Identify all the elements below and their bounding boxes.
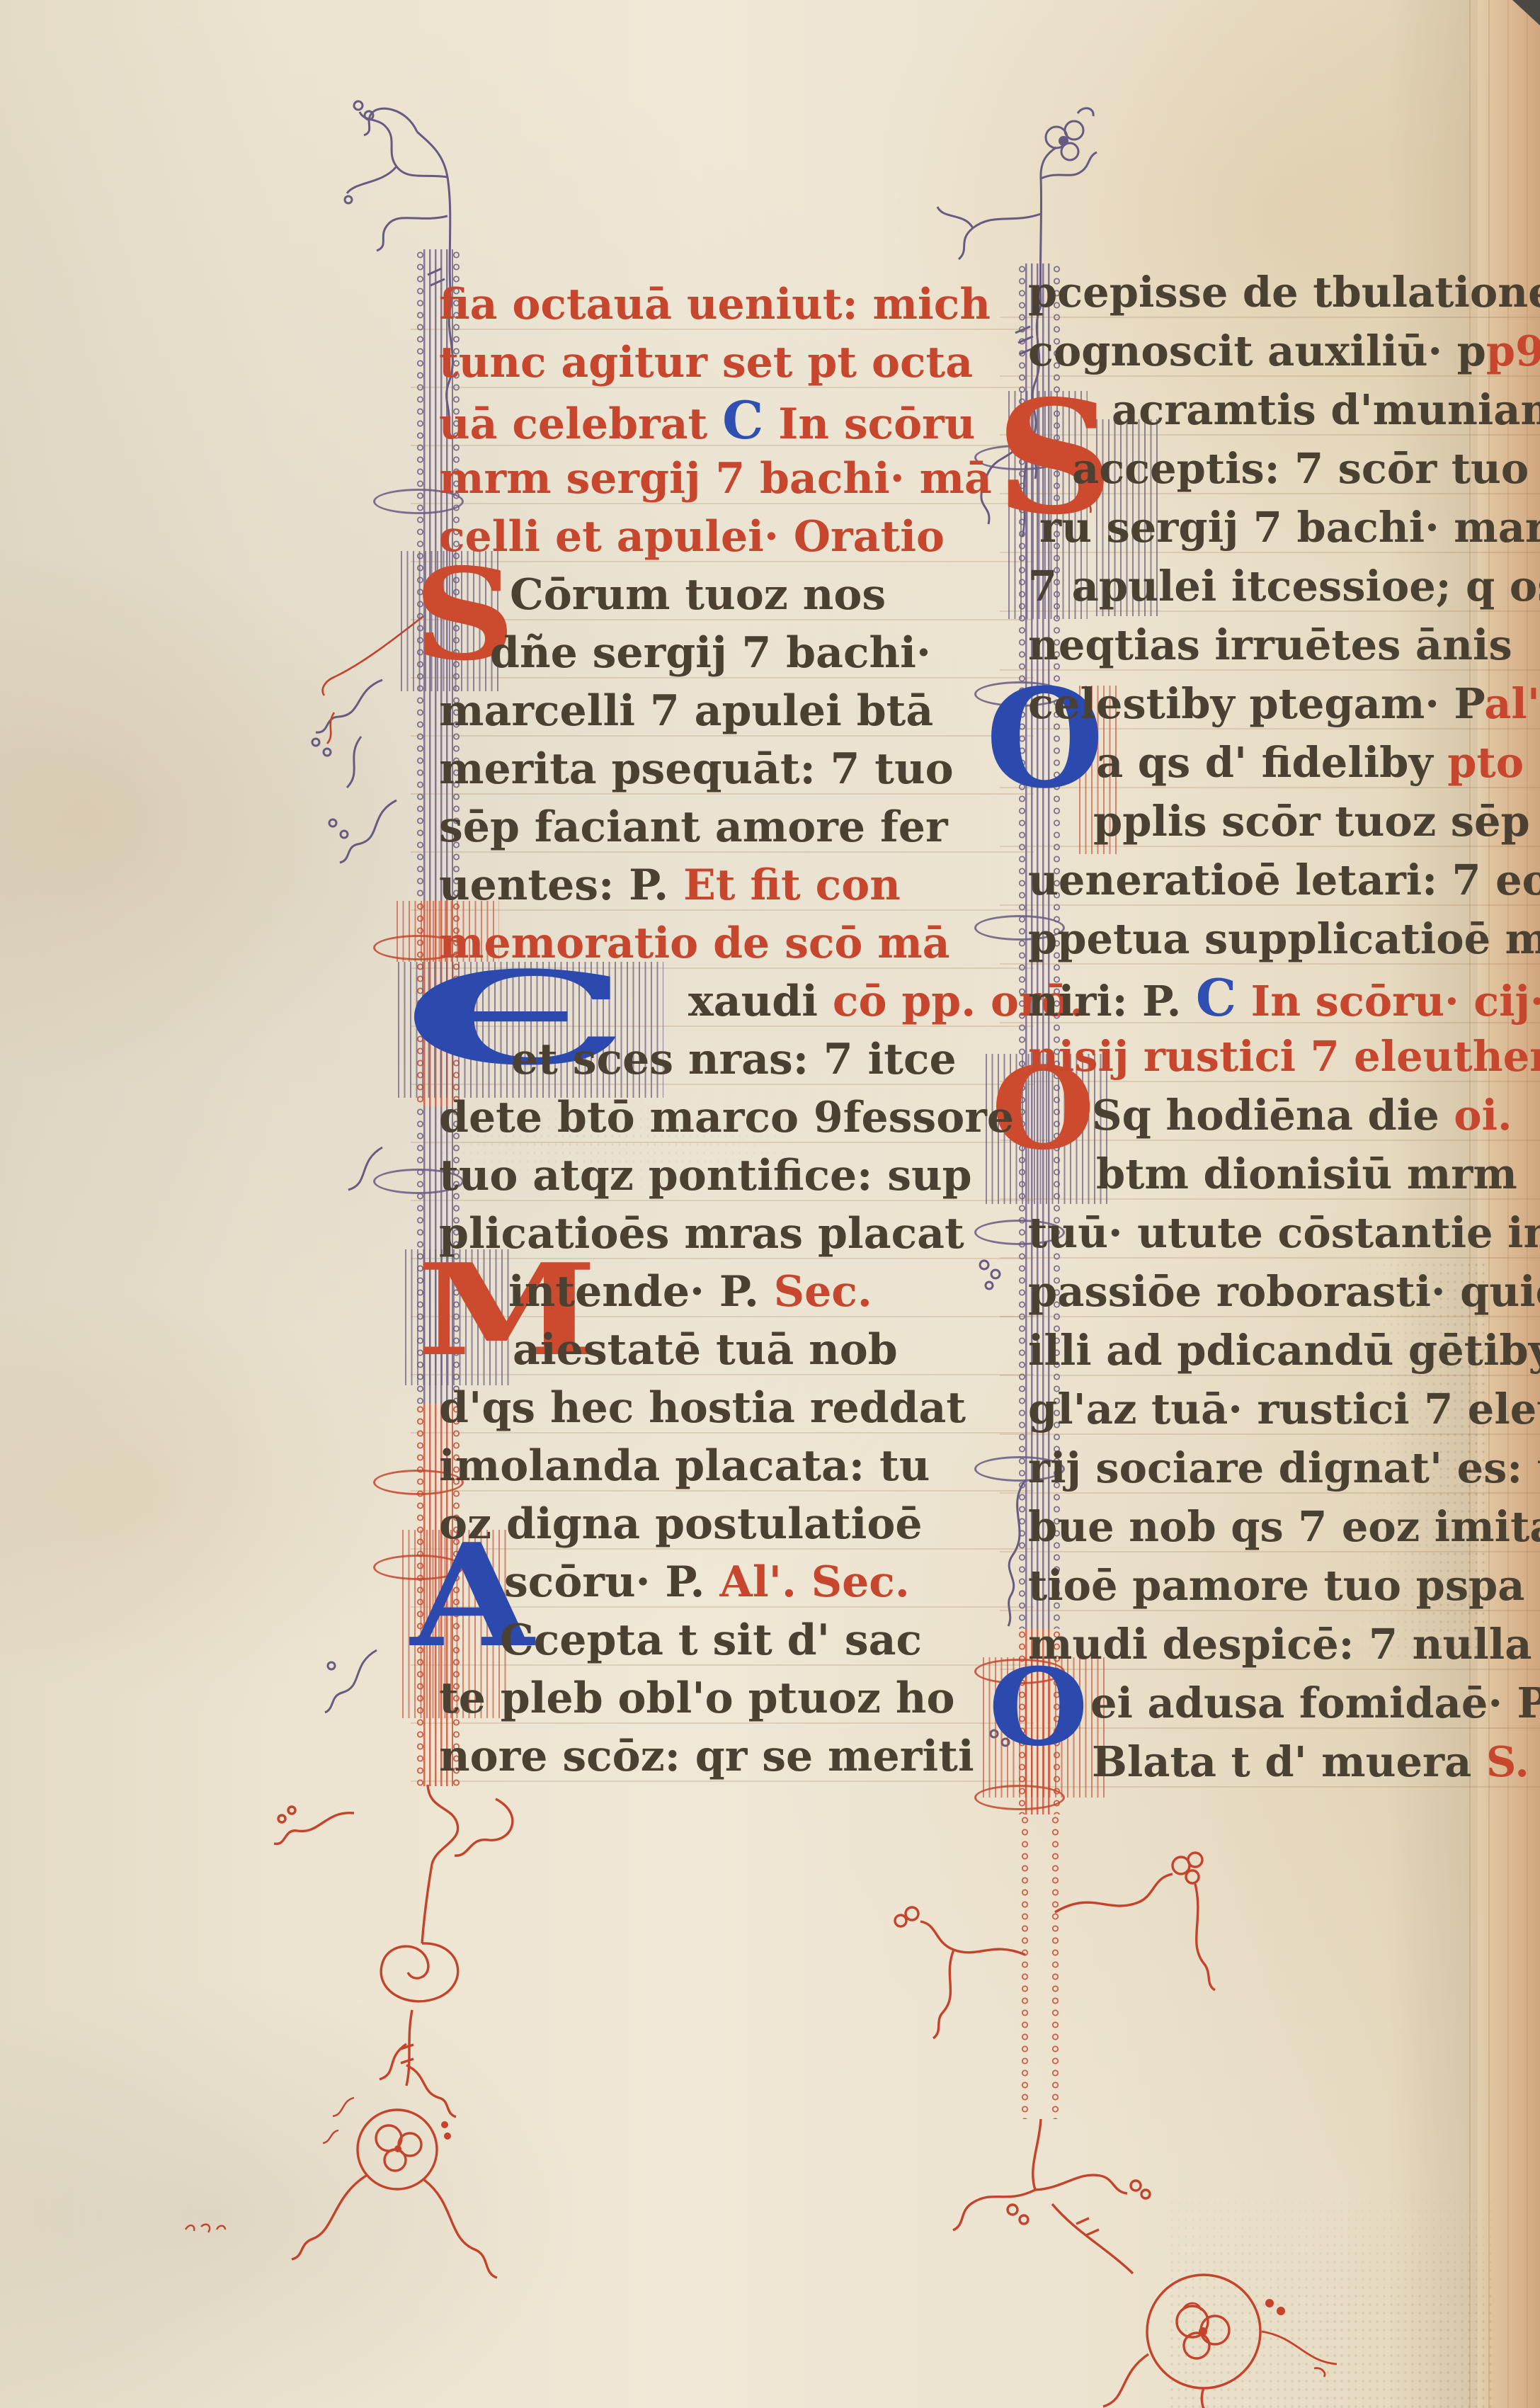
text-line: intende· P. Sec.	[439, 1263, 998, 1322]
text-segment: tuo atqz pontifice: sup	[439, 1151, 972, 1200]
text-line: tunc agitur set pt octa	[439, 334, 998, 392]
chain-edge	[1051, 1814, 1060, 2119]
text-segment: Sec.	[774, 1267, 872, 1317]
text-segment: a qs d' fideliby	[1096, 738, 1447, 787]
text-line: celli et apulei· Oratio	[439, 509, 998, 567]
text-line: et sces nras: 7 itce	[439, 1031, 998, 1089]
text-segment: Cōrum tuoz nos	[510, 570, 886, 620]
text-line: ei adusa fomidaē· P.	[1028, 1674, 1540, 1733]
text-line: a qs d' fideliby pto	[1028, 734, 1540, 793]
text-segment: pcepisse de tbulatione	[1028, 268, 1540, 317]
text-segment: memoratio de scō mā	[439, 919, 950, 968]
text-segment: celli et apulei· Oratio	[439, 512, 945, 562]
text-line: illi ad pdicandū gētiby	[1028, 1322, 1540, 1380]
text-line: Cōrum tuoz nos	[439, 567, 998, 625]
text-line: niri: P. C In scōru· cij· dio	[1028, 969, 1540, 1028]
text-line: celestiby ptegam· Pal'	[1028, 675, 1540, 734]
text-segment: imolanda placata: tu	[439, 1441, 930, 1491]
text-segment: intende· P.	[508, 1267, 774, 1317]
text-line: gl'az tuā· rustici 7 eleuthe	[1028, 1380, 1540, 1439]
text-segment: uā celebrat	[439, 399, 722, 449]
lower-speckle	[1168, 2181, 1494, 2408]
text-line: te pleb obl'o ptuoz ho	[439, 1670, 998, 1728]
text-segment: mudi despicē: 7 nulla	[1028, 1620, 1532, 1669]
bottom-left-flourish	[186, 1785, 513, 2278]
text-segment: p9	[1486, 326, 1540, 375]
text-line: plicatioēs mras placat	[439, 1205, 998, 1263]
text-line: dete btō marco 9fessore	[439, 1089, 998, 1147]
text-segment: 7 apulei itcessioe; q os	[1028, 562, 1540, 610]
text-segment: pto	[1447, 738, 1524, 787]
text-segment: neqtias irruētes ānis	[1028, 620, 1512, 669]
text-segment: d'qs hec hostia reddat	[439, 1383, 966, 1433]
text-segment: btm dionisiū mrm	[1096, 1149, 1517, 1198]
text-segment: ei adusa fomidaē· P.	[1090, 1679, 1540, 1727]
text-segment: In scōru	[763, 399, 975, 449]
text-segment: tuū· utute cōstantie in	[1028, 1208, 1540, 1257]
text-segment: illi ad pdicandū gētiby	[1028, 1326, 1540, 1375]
text-line: sēp faciant amore fer	[439, 799, 998, 857]
text-line: cognoscit auxiliū· pp9	[1028, 322, 1540, 381]
text-segment: ru sergij 7 bachi· marcelli	[1039, 503, 1540, 552]
text-line: scōru· P. Al'. Sec.	[439, 1554, 998, 1612]
text-segment: dete btō marco 9fessore	[439, 1093, 1014, 1142]
text-segment: mrm sergij 7 bachi· mā	[439, 454, 992, 504]
text-line: dñe sergij 7 bachi·	[439, 625, 998, 683]
text-column-left: fia octauā ueniut: michtunc agitur set p…	[439, 276, 998, 1786]
manuscript-page: SЄMASOOO fia octauā ueniut: michtunc agi…	[0, 0, 1540, 2408]
text-segment: rij sociare dignat' es: tri	[1028, 1443, 1540, 1492]
text-line: uentes: P. Et fit con	[439, 857, 998, 915]
text-segment: al'	[1484, 679, 1540, 728]
text-segment: te pleb obl'o ptuoz ho	[439, 1674, 955, 1723]
text-segment: niri: P.	[1028, 977, 1196, 1026]
text-line: ppetua supplicatioē mu	[1028, 910, 1540, 969]
text-column-right: pcepisse de tbulationecognoscit auxiliū·…	[1028, 263, 1540, 1792]
text-segment: sēp faciant amore fer	[439, 802, 948, 852]
text-line: tuū· utute cōstantie in	[1028, 1204, 1540, 1263]
text-segment: marcelli 7 apulei btā	[439, 686, 933, 736]
text-line: rij sociare dignat' es: tri	[1028, 1439, 1540, 1498]
text-segment: uentes: P.	[439, 861, 683, 910]
text-line: btm dionisiū mrm	[1028, 1145, 1540, 1204]
text-segment: S.	[1486, 1737, 1529, 1786]
paraph-mark: C	[1196, 967, 1236, 1028]
text-line: tioē pamore tuo pspa	[1028, 1557, 1540, 1615]
text-segment: dñe sergij 7 bachi·	[490, 628, 931, 678]
text-line: xaudi cō pp. orō.	[439, 973, 998, 1031]
text-segment: oi.	[1454, 1091, 1512, 1140]
text-line: memoratio de scō mā	[439, 915, 998, 973]
text-segment: pplis scōr tuoz sēp	[1093, 797, 1530, 846]
text-line: merita psequāt: 7 tuo	[439, 741, 998, 799]
text-line: oz digna postulatioē	[439, 1496, 998, 1554]
text-segment: oz digna postulatioē	[439, 1499, 923, 1549]
chain-edge	[1020, 1814, 1029, 2119]
text-line: nisij rustici 7 eleutherij	[1028, 1028, 1540, 1086]
text-line: Blata t d' muera S.	[1028, 1733, 1540, 1792]
text-segment: fia octauā ueniut: mich	[439, 280, 991, 329]
text-segment: Ccepta t sit d' sac	[500, 1615, 922, 1665]
text-line: nore scōz: qr se meriti	[439, 1728, 998, 1786]
text-segment: et sces nras: 7 itce	[511, 1035, 957, 1084]
text-segment: scōru· P.	[504, 1557, 719, 1607]
text-line: pcepisse de tbulatione	[1028, 263, 1540, 322]
text-segment: plicatioēs mras placat	[439, 1209, 964, 1259]
text-line: uā celebrat C In scōru	[439, 392, 998, 450]
text-segment: Blata t d' muera	[1092, 1737, 1486, 1786]
text-segment: Et fit con	[683, 861, 901, 910]
text-line: tuo atqz pontifice: sup	[439, 1147, 998, 1205]
text-line: imolanda placata: tu	[439, 1438, 998, 1496]
text-line: pplis scōr tuoz sēp	[1028, 793, 1540, 851]
text-line: bue nob qs 7 eoz imita	[1028, 1498, 1540, 1557]
text-line: fia octauā ueniut: mich	[439, 276, 998, 334]
text-line: passiōe roborasti· quicqz	[1028, 1263, 1540, 1322]
text-segment: bue nob qs 7 eoz imita	[1028, 1502, 1540, 1551]
text-segment: Sq hodiēna die	[1092, 1091, 1454, 1140]
text-segment: xaudi	[688, 977, 833, 1026]
text-line: acceptis: 7 scōr tuo	[1028, 440, 1540, 499]
text-line: acramtis d'muniam	[1028, 381, 1540, 440]
text-line: aiestatē tuā nob	[439, 1322, 998, 1380]
text-line: 7 apulei itcessioe; q os	[1028, 557, 1540, 616]
text-line: d'qs hec hostia reddat	[439, 1380, 998, 1438]
text-line: Ccepta t sit d' sac	[439, 1612, 998, 1670]
text-segment: Al'. Sec.	[719, 1557, 909, 1607]
text-segment: ppetua supplicatioē mu	[1028, 914, 1540, 963]
text-segment: celestiby ptegam· P	[1028, 679, 1484, 728]
text-line: neqtias irruētes ānis	[1028, 616, 1540, 675]
text-segment: cognoscit auxiliū· p	[1028, 326, 1486, 375]
text-line: ru sergij 7 bachi· marcelli	[1028, 499, 1540, 557]
text-segment: merita psequāt: 7 tuo	[439, 744, 954, 794]
text-line: ueneratioē letari: 7 eoz	[1028, 851, 1540, 910]
paraph-mark: C	[722, 390, 763, 451]
text-segment: In scōru· cij· dio	[1236, 977, 1540, 1026]
text-segment: gl'az tuā· rustici 7 eleuthe	[1028, 1385, 1540, 1433]
text-segment: nore scōz: qr se meriti	[439, 1732, 974, 1781]
text-segment: aiestatē tuā nob	[513, 1325, 898, 1375]
text-segment: acramtis d'muniam	[1112, 385, 1540, 434]
text-segment: tioē pamore tuo pspa	[1028, 1561, 1525, 1610]
text-segment: tunc agitur set pt octa	[439, 338, 973, 387]
text-line: marcelli 7 apulei btā	[439, 683, 998, 741]
text-segment: passiōe roborasti· quicqz	[1028, 1267, 1540, 1316]
text-segment: ueneratioē letari: 7 eoz	[1028, 856, 1540, 904]
text-segment: nisij rustici 7 eleutherij	[1028, 1032, 1540, 1081]
text-segment: acceptis: 7 scōr tuo	[1072, 444, 1529, 493]
text-line: Sq hodiēna die oi.	[1028, 1086, 1540, 1145]
text-line: mrm sergij 7 bachi· mā	[439, 450, 998, 509]
text-line: mudi despicē: 7 nulla	[1028, 1615, 1540, 1674]
